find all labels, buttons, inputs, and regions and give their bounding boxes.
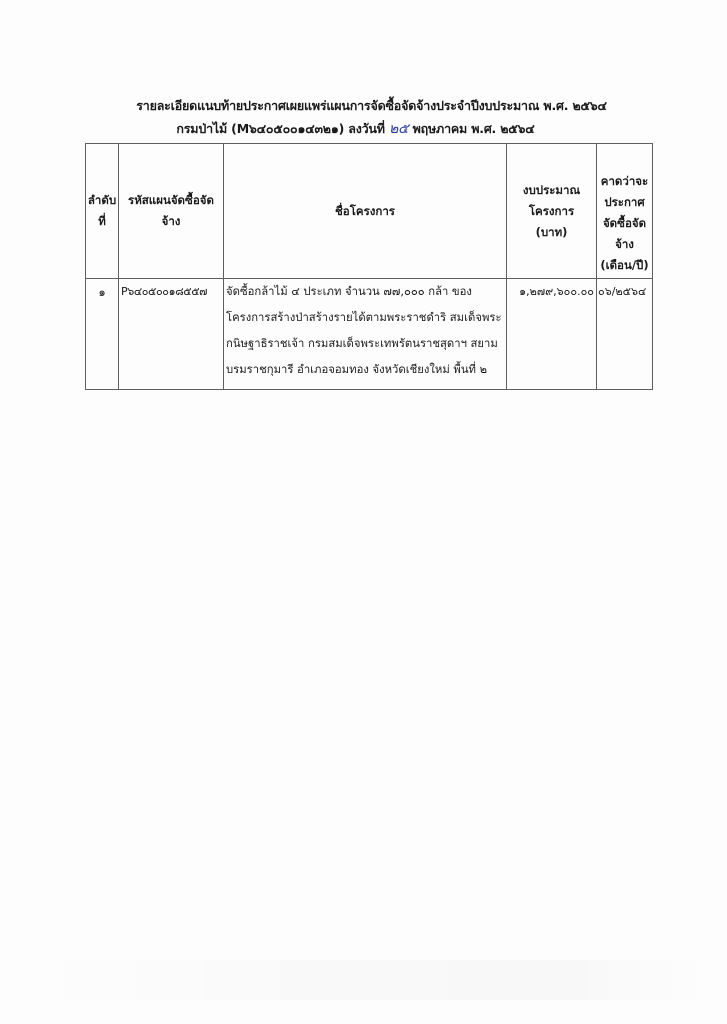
- table-header-row: ลำดับ ที่ รหัสแผนจัดซื้อจัด จ้าง ชื่อโคร…: [86, 144, 653, 279]
- header-expected-line5: (เดือน/ปี): [597, 255, 652, 276]
- header-budget: งบประมาณ โครงการ (บาท): [507, 144, 597, 279]
- header-expected-line2: ประกาศ: [597, 192, 652, 213]
- header-budget-line2: โครงการ: [507, 201, 596, 222]
- document-title: รายละเอียดแนบท้ายประกาศเผยแพร่แผนการจัดซ…: [8, 96, 727, 116]
- cell-month-year: ๐๖/๒๕๖๔: [597, 279, 653, 390]
- cell-seq: ๑: [86, 279, 119, 390]
- header-expected-line3: จัดซื้อจัด: [597, 213, 652, 234]
- project-line: บรมราชกุมารี อำเภอจอมทอง จังหวัดเชียงใหม…: [226, 357, 506, 383]
- header-project: ชื่อโครงการ: [224, 144, 507, 279]
- cell-code: P๖๔๐๕๐๐๑๘๕๕๗: [119, 279, 224, 390]
- header-code: รหัสแผนจัดซื้อจัด จ้าง: [119, 144, 224, 279]
- header-seq: ลำดับ ที่: [86, 144, 119, 279]
- procurement-plan-table: ลำดับ ที่ รหัสแผนจัดซื้อจัด จ้าง ชื่อโคร…: [85, 143, 653, 390]
- header-expected-line1: คาดว่าจะ: [597, 171, 652, 192]
- header-budget-line3: (บาท): [507, 222, 596, 243]
- header-code-line1: รหัสแผนจัดซื้อจัด: [119, 190, 223, 211]
- document-subtitle: กรมป่าไม้ (M๖๔๐๕๐๐๑๔๓๒๑) ลงวันที่ ๒๕ พฤษ…: [0, 118, 719, 140]
- cell-budget: ๑,๒๗๙,๖๐๐.๐๐: [507, 279, 597, 390]
- project-line: โครงการสร้างป่าสร้างรายได้ตามพระราชดำริ …: [226, 305, 506, 331]
- project-line: จัดซื้อกล้าไม้ ๔ ประเภท จำนวน ๗๗,๐๐๐ กล้…: [226, 279, 506, 305]
- header-budget-line1: งบประมาณ: [507, 180, 596, 201]
- header-expected-date: คาดว่าจะ ประกาศ จัดซื้อจัด จ้าง (เดือน/ป…: [597, 144, 653, 279]
- table-row: ๑ P๖๔๐๕๐๐๑๘๕๕๗ จัดซื้อกล้าไม้ ๔ ประเภท จ…: [86, 279, 653, 390]
- header-seq-line1: ลำดับ: [86, 190, 118, 211]
- cell-project: จัดซื้อกล้าไม้ ๔ ประเภท จำนวน ๗๗,๐๐๐ กล้…: [224, 279, 507, 390]
- header-expected-line4: จ้าง: [597, 234, 652, 255]
- subtitle-suffix: พฤษภาคม พ.ศ. ๒๕๖๔: [413, 121, 535, 136]
- header-code-line2: จ้าง: [119, 211, 223, 232]
- handwritten-day: ๒๕: [389, 121, 408, 137]
- project-line: กนิษฐาธิราชเจ้า กรมสมเด็จพระเทพรัตนราชสุ…: [226, 331, 506, 357]
- subtitle-prefix: กรมป่าไม้ (M๖๔๐๕๐๐๑๔๓๒๑) ลงวันที่: [176, 121, 384, 136]
- header-seq-line2: ที่: [86, 211, 118, 232]
- scan-bleed-through: [30, 960, 710, 1000]
